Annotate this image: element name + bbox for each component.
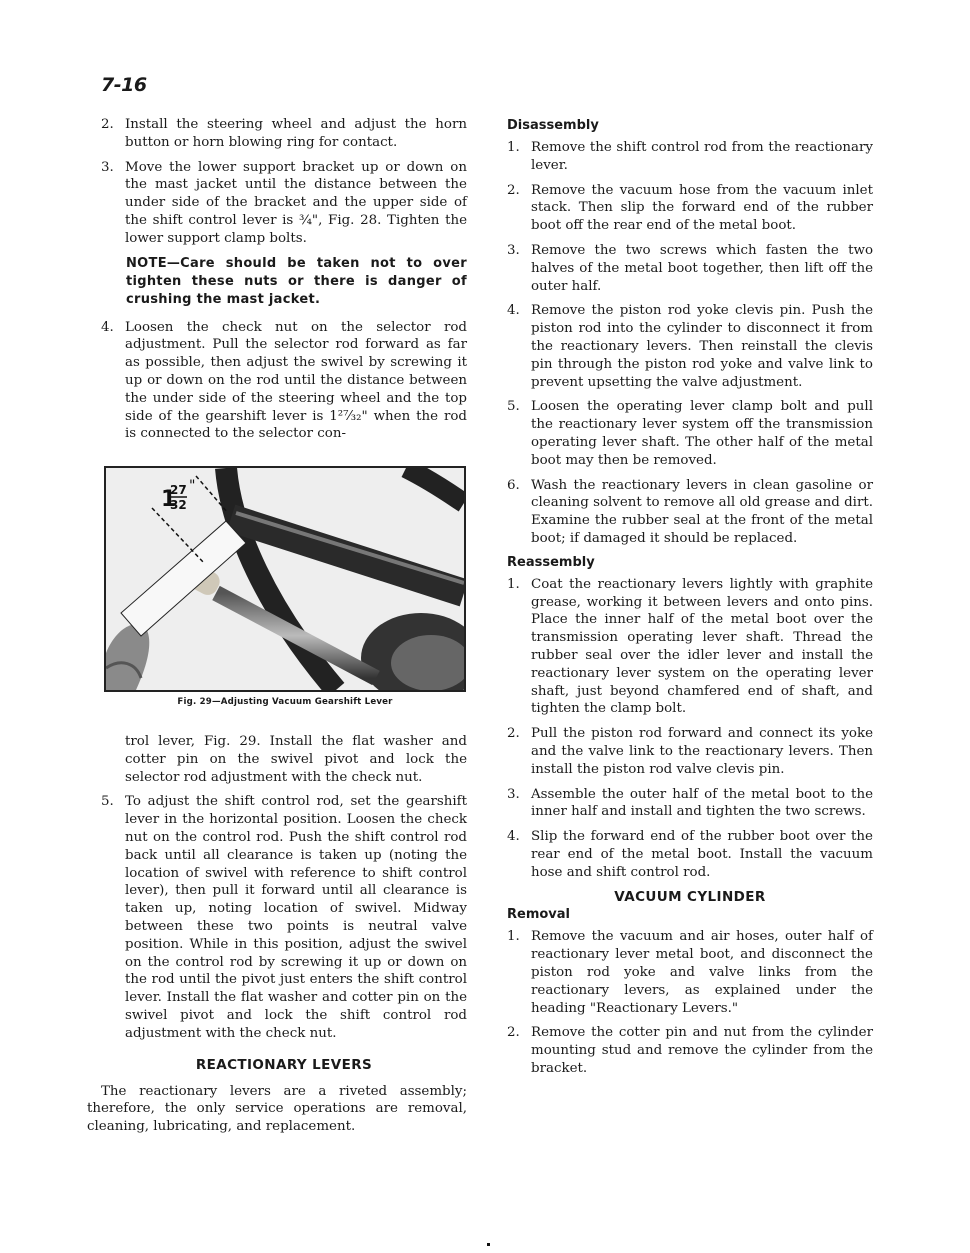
item-number: 2. xyxy=(507,725,531,778)
list-item: 5. Loosen the operating lever clamp bolt… xyxy=(507,398,873,469)
item-text: Install the steering wheel and adjust th… xyxy=(125,116,467,152)
item-text: Remove the shift control rod from the re… xyxy=(531,139,873,175)
item-text: Wash the reactionary levers in clean gas… xyxy=(531,477,873,548)
dimension-numerator: 27 xyxy=(170,483,187,497)
subheading-disassembly: Disassembly xyxy=(507,118,873,133)
figure-caption: Fig. 29—Adjusting Vacuum Gearshift Lever xyxy=(104,697,466,707)
item-number: 2. xyxy=(507,182,531,235)
left-column-bottom: trol lever, Fig. 29. Install the flat wa… xyxy=(101,733,467,1142)
list-item: 2. Remove the vacuum hose from the vacuu… xyxy=(507,182,873,235)
item-number: 4. xyxy=(101,319,125,444)
subheading-reassembly: Reassembly xyxy=(507,555,873,570)
list-item: 5. To adjust the shift control rod, set … xyxy=(101,793,467,1042)
item-text: Remove the two screws which fasten the t… xyxy=(531,242,873,295)
item-text: Pull the piston rod forward and connect … xyxy=(531,725,873,778)
item-text: trol lever, Fig. 29. Install the flat wa… xyxy=(125,733,467,786)
figure-29-photo: 1 27 32 " xyxy=(104,466,466,692)
item-number: 4. xyxy=(507,828,531,881)
caution-note: NOTE—Care should be taken not to over ti… xyxy=(126,255,467,309)
list-item: 6. Wash the reactionary levers in clean … xyxy=(507,477,873,548)
list-item: 3. Move the lower support bracket up or … xyxy=(101,159,467,248)
list-item: 1. Remove the shift control rod from the… xyxy=(507,139,873,175)
item-number: 5. xyxy=(101,793,125,1042)
item-number: 1. xyxy=(507,576,531,718)
item-text: Assemble the outer half of the metal boo… xyxy=(531,786,873,822)
dimension-denominator: 32 xyxy=(170,498,187,512)
list-item: 4. Slip the forward end of the rubber bo… xyxy=(507,828,873,881)
section-paragraph: The reactionary levers are a riveted ass… xyxy=(87,1083,467,1136)
section-heading-reactionary-levers: REACTIONARY LEVERS xyxy=(101,1057,467,1073)
list-item: 4. Remove the piston rod yoke clevis pin… xyxy=(507,302,873,391)
item-number: 2. xyxy=(507,1024,531,1077)
item-number: 3. xyxy=(507,786,531,822)
list-item: 2. Pull the piston rod forward and conne… xyxy=(507,725,873,778)
list-item-continued: trol lever, Fig. 29. Install the flat wa… xyxy=(101,733,467,786)
item-text: Remove the cotter pin and nut from the c… xyxy=(531,1024,873,1077)
left-column-top: 2. Install the steering wheel and adjust… xyxy=(101,116,467,450)
item-number: 3. xyxy=(101,159,125,248)
item-text: Coat the reactionary levers lightly with… xyxy=(531,576,873,718)
scan-speck xyxy=(487,1243,490,1246)
item-text: Slip the forward end of the rubber boot … xyxy=(531,828,873,881)
list-item: 2. Install the steering wheel and adjust… xyxy=(101,116,467,152)
item-number: 3. xyxy=(507,242,531,295)
section-heading-vacuum-cylinder: VACUUM CYLINDER xyxy=(507,889,873,905)
list-item: 3. Assemble the outer half of the metal … xyxy=(507,786,873,822)
item-number: 6. xyxy=(507,477,531,548)
list-item: 1. Coat the reactionary levers lightly w… xyxy=(507,576,873,718)
item-text: Loosen the check nut on the selector rod… xyxy=(125,319,467,444)
item-text: Move the lower support bracket up or dow… xyxy=(125,159,467,248)
item-number: 1. xyxy=(507,928,531,1017)
item-number: 5. xyxy=(507,398,531,469)
item-text: Loosen the operating lever clamp bolt an… xyxy=(531,398,873,469)
item-text: To adjust the shift control rod, set the… xyxy=(125,793,467,1042)
list-item: 1. Remove the vacuum and air hoses, oute… xyxy=(507,928,873,1017)
list-item: 4. Loosen the check nut on the selector … xyxy=(101,319,467,444)
item-text: Remove the vacuum and air hoses, outer h… xyxy=(531,928,873,1017)
right-column: Disassembly 1. Remove the shift control … xyxy=(507,116,873,1085)
item-number: 1. xyxy=(507,139,531,175)
item-number: 4. xyxy=(507,302,531,391)
dimension-unit: " xyxy=(189,478,195,494)
item-text: Remove the piston rod yoke clevis pin. P… xyxy=(531,302,873,391)
page-number: 7-16 xyxy=(101,74,147,96)
item-number: 2. xyxy=(101,116,125,152)
item-text: Remove the vacuum hose from the vacuum i… xyxy=(531,182,873,235)
list-item: 2. Remove the cotter pin and nut from th… xyxy=(507,1024,873,1077)
list-item: 3. Remove the two screws which fasten th… xyxy=(507,242,873,295)
subheading-removal: Removal xyxy=(507,907,873,922)
gearshift-lever-illustration: 1 27 32 " xyxy=(106,468,464,690)
